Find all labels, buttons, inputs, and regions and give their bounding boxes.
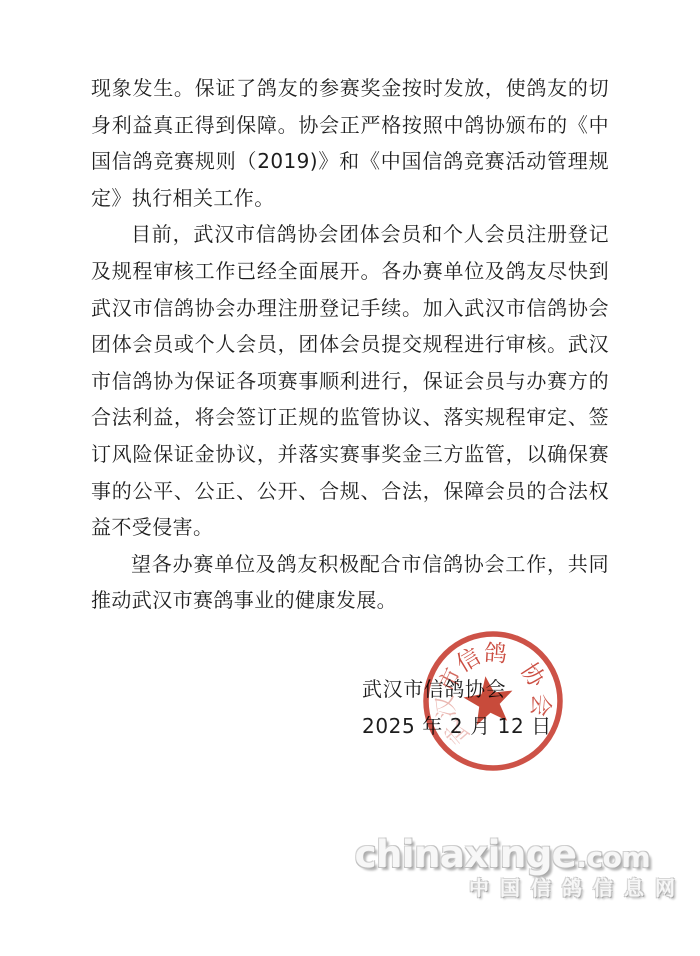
body-paragraph-2: 目前，武汉市信鸽协会团体会员和个人会员注册登记及规程审核工作已经全面展开。各办赛… [91, 216, 609, 545]
signature-date: 2025 年 2 月 12 日 [362, 708, 552, 745]
signature-organization: 武汉市信鸽协会 [362, 671, 552, 708]
body-paragraph-3: 望各办赛单位及鸽友积极配合市信鸽协会工作，共同推动武汉市赛鸽事业的健康发展。 [91, 546, 609, 619]
signature-block: 武汉市信鸽协会 2025 年 2 月 12 日 [362, 671, 552, 745]
document-body: 现象发生。保证了鸽友的参赛奖金按时发放，使鸽友的切身利益真正得到保障。协会正严格… [91, 70, 609, 619]
watermark-site-cn: 中国信鸽信息网 [469, 872, 686, 901]
watermark-site-tld: .com [576, 841, 650, 874]
watermark-site-name: chinaxinge [355, 833, 577, 876]
body-paragraph-1: 现象发生。保证了鸽友的参赛奖金按时发放，使鸽友的切身利益真正得到保障。协会正严格… [91, 70, 609, 216]
seal-char: 鸽 [483, 641, 507, 668]
document-page: 现象发生。保证了鸽友的参赛奖金按时发放，使鸽友的切身利益真正得到保障。协会正严格… [0, 0, 700, 956]
watermark-site: chinaxinge.com [355, 833, 650, 876]
